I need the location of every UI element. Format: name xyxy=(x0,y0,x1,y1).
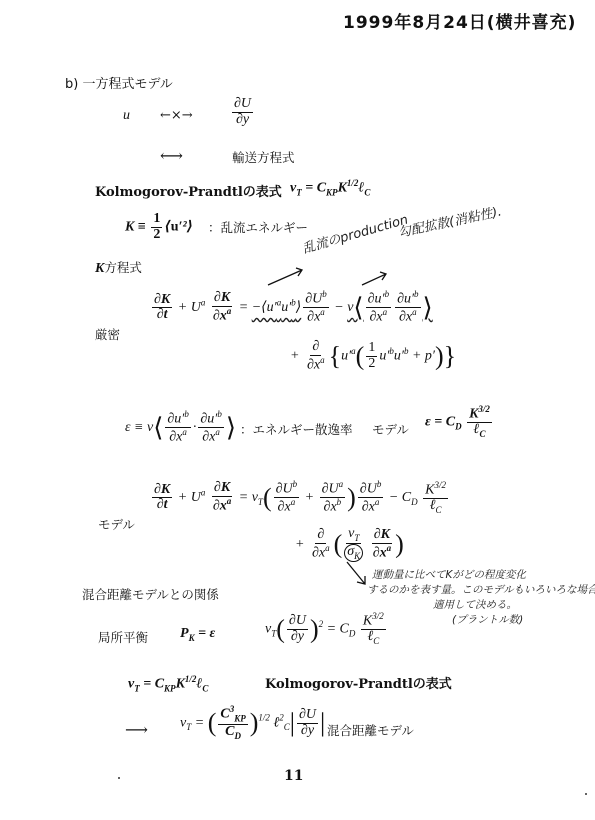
sigma-annotation-line4: (プラントル数) xyxy=(452,612,523,627)
model-k-equation-line1: ∂K∂t + Ua ∂K∂xa = νT(∂Ub∂xa + ∂Ua∂xb)∂Ub… xyxy=(150,480,450,516)
mixing-length-model-label: 混合距離モデル xyxy=(327,721,414,739)
epsilon-model-formula: ε = CD K3/2ℓC xyxy=(425,405,494,440)
page-number: 11 xyxy=(284,768,303,784)
result-arrow: ⟶ xyxy=(125,720,148,739)
kp-formula-repeat: νT = CKPK1/2ℓC xyxy=(128,674,208,693)
kp-label-repeat: Kolmogorov-Prandtlの表式 xyxy=(265,673,452,692)
scan-speck xyxy=(118,777,120,779)
epsilon-definition: ε ≡ ν⟨∂u′b∂xa·∂u′b∂xa⟩ xyxy=(125,410,236,446)
sigma-annotation-line1: 運動量に比べてKがどの程度変化 xyxy=(372,567,526,582)
k-definition-formula: K ≡ 12⟨u′²⟩ xyxy=(125,212,193,242)
mixing-length-result-formula: νT = (C3KPCD)1/2 ℓ2C|∂U∂y| xyxy=(180,705,325,741)
exact-label: 厳密 xyxy=(95,325,120,343)
epsilon-model-label: モデル xyxy=(372,420,409,438)
exact-k-equation-line2: + ∂∂xa{u′a(12u′bu′b + p′)} xyxy=(290,340,456,373)
local-equilibrium-label: 局所平衡 xyxy=(98,628,148,646)
model-label: モデル xyxy=(98,515,135,533)
model-k-equation-line2: + ∂∂xa(νTσK ∂K∂xa) xyxy=(295,527,404,562)
kp-formula: νT = CKPK1/2ℓC xyxy=(290,178,370,197)
symbol-u: u xyxy=(123,108,130,124)
transport-equation-label: 輸送方程式 xyxy=(232,148,295,166)
k-equation-title: K方程式 xyxy=(95,258,142,277)
sigma-annotation-line3: 適用して決める。 xyxy=(433,597,517,612)
relation-arrow: ←×→ xyxy=(160,108,193,123)
annotation-gradient-diffusion: 勾配拡散(消粘性). xyxy=(396,201,503,241)
sigma-annotation-line2: するのかを表す量。このモデルもいろいろな場合に xyxy=(367,582,595,597)
kp-label: Kolmogorov-Prandtlの表式 xyxy=(95,181,282,200)
section-title: b) 一方程式モデル xyxy=(65,73,173,92)
long-arrow: ⟷ xyxy=(160,146,183,165)
mixing-title: 混合距離モデルとの関係 xyxy=(82,585,219,603)
balance-formula: νT(∂U∂y)2 = CD K3/2ℓC xyxy=(265,612,388,647)
local-equilibrium-formula: PK = ε xyxy=(180,626,215,643)
scan-speck xyxy=(585,793,587,795)
dudy-fraction: ∂U∂y xyxy=(230,97,255,127)
handwritten-date: 1999年8月24日(横井喜充) xyxy=(343,8,576,33)
epsilon-desc: ：エネルギー散逸率 xyxy=(240,420,353,438)
exact-k-equation-line1: ∂K∂t + Ua ∂K∂xa = −⟨u′au′b⟩∂Ub∂xa − ν⟨∂u… xyxy=(150,290,433,326)
